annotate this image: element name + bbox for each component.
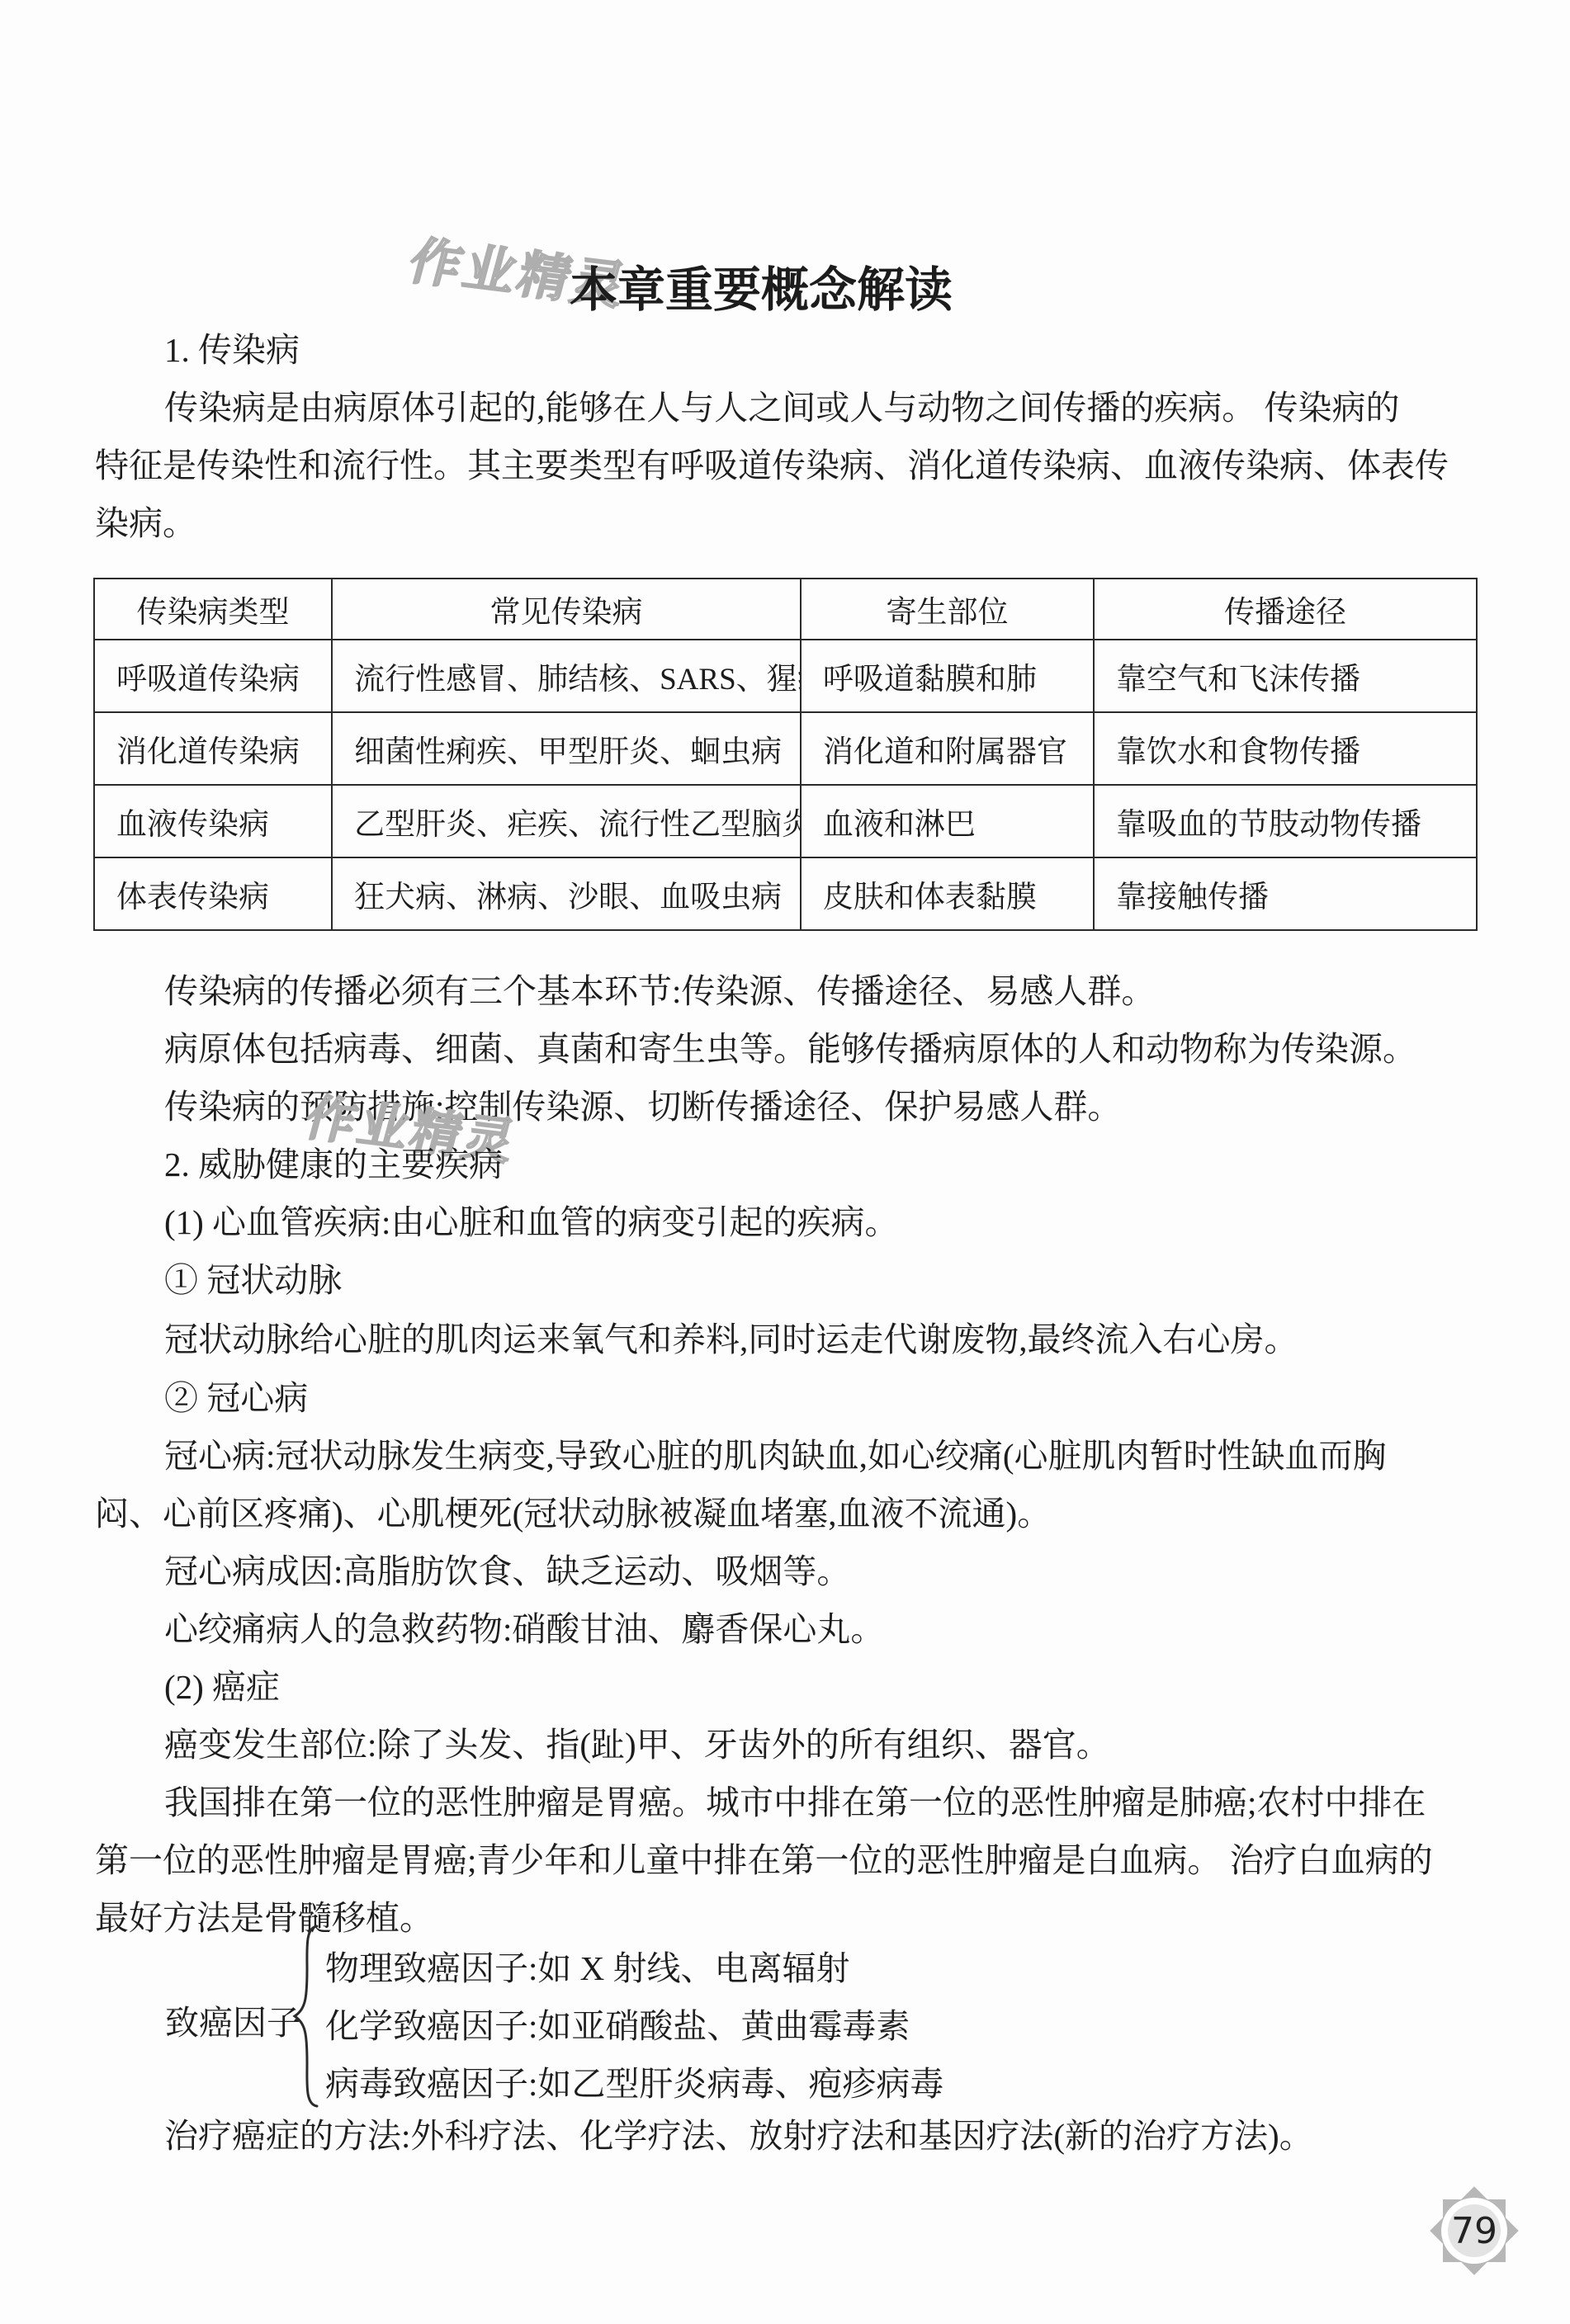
text-line: ① 冠状动脉 <box>95 1259 1559 1301</box>
table-cell: 血液传染病 <box>94 785 332 857</box>
table-cell: 流行性感冒、肺结核、SARS、猩红热 <box>332 640 801 712</box>
table-header-cell: 常见传染病 <box>332 579 801 640</box>
text-line: 心绞痛病人的急救药物:硝酸甘油、麝香保心丸。 <box>95 1608 1559 1651</box>
carcinogen-item: 物理致癌因子:如 X 射线、电离辐射 <box>325 1941 850 1990</box>
table-cell: 消化道和附属器官 <box>801 712 1094 785</box>
text-line: 癌变发生部位:除了头发、指(趾)甲、牙齿外的所有组织、器官。 <box>95 1723 1559 1766</box>
table-cell: 乙型肝炎、疟疾、流行性乙型脑炎 <box>332 785 801 857</box>
text-line: 冠心病成因:高脂肪饮食、缺乏运动、吸烟等。 <box>95 1550 1559 1593</box>
table-header-cell: 寄生部位 <box>801 579 1094 640</box>
text-line: 第一位的恶性肿瘤是胃癌;青少年和儿童中排在第一位的恶性肿瘤是白血病。 治疗白血病… <box>95 1839 1490 1882</box>
table-cell: 体表传染病 <box>94 857 332 930</box>
table-row: 体表传染病 狂犬病、淋病、沙眼、血吸虫病 皮肤和体表黏膜 靠接触传播 <box>94 857 1477 930</box>
table-cell: 皮肤和体表黏膜 <box>801 857 1094 930</box>
disease-table: 传染病类型 常见传染病 寄生部位 传播途径 呼吸道传染病 流行性感冒、肺结核、S… <box>93 578 1478 931</box>
text-line: 2. 威胁健康的主要疾病 <box>95 1143 1559 1186</box>
text-line: 传染病的传播必须有三个基本环节:传染源、传播途径、易感人群。 <box>95 970 1559 1013</box>
carcinogen-label: 致癌因子 <box>165 1996 300 2044</box>
text-line: 冠状动脉给心脏的肌肉运来氧气和养料,同时运走代谢废物,最终流入右心房。 <box>95 1318 1559 1361</box>
page-number: 79 <box>1430 2187 1518 2274</box>
page-number-badge: 79 <box>1430 2187 1518 2274</box>
text-line: 传染病的预防措施:控制传染源、切断传播途径、保护易感人群。 <box>95 1085 1559 1128</box>
table-cell: 靠接触传播 <box>1094 857 1477 930</box>
text-line: 冠心病:冠状动脉发生病变,导致心脏的肌肉缺血,如心绞痛(心脏肌肉暂时性缺血而胸 <box>95 1434 1559 1477</box>
text-line: ② 冠心病 <box>95 1377 1559 1419</box>
document-page: 作业精灵 本章重要概念解读 1. 传染病 传染病是由病原体引起的,能够在人与人之… <box>0 0 1570 2324</box>
text-line: (1) 心血管疾病:由心脏和血管的病变引起的疾病。 <box>95 1201 1559 1244</box>
table-cell: 细菌性痢疾、甲型肝炎、蛔虫病 <box>332 712 801 785</box>
table-row: 呼吸道传染病 流行性感冒、肺结核、SARS、猩红热 呼吸道黏膜和肺 靠空气和飞沫… <box>94 640 1477 712</box>
text-line: 染病。 <box>95 502 1490 545</box>
carcinogen-item: 病毒致癌因子:如乙型肝炎病毒、疱疹病毒 <box>325 2057 943 2105</box>
brace-icon <box>287 1923 322 2114</box>
text-line: 我国排在第一位的恶性肿瘤是胃癌。城市中排在第一位的恶性肿瘤是肺癌;农村中排在 <box>95 1781 1559 1824</box>
text-line: 特征是传染性和流行性。其主要类型有呼吸道传染病、消化道传染病、血液传染病、体表传 <box>95 444 1490 487</box>
table-header-cell: 传播途径 <box>1094 579 1477 640</box>
text-line: 病原体包括病毒、细菌、真菌和寄生虫等。能够传播病原体的人和动物称为传染源。 <box>95 1027 1559 1070</box>
table-cell: 靠饮水和食物传播 <box>1094 712 1477 785</box>
text-line: 闷、心前区疼痛)、心肌梗死(冠状动脉被凝血堵塞,血液不流通)。 <box>95 1492 1490 1535</box>
text-line: 传染病是由病原体引起的,能够在人与人之间或人与动物之间传播的疾病。 传染病的 <box>95 386 1559 429</box>
carcinogen-item: 化学致癌因子:如亚硝酸盐、黄曲霉毒素 <box>325 1999 910 2048</box>
table-cell: 消化道传染病 <box>94 712 332 785</box>
text-line: (2) 癌症 <box>95 1665 1559 1708</box>
text-line: 治疗癌症的方法:外科疗法、化学疗法、放射疗法和基因疗法(新的治疗方法)。 <box>95 2114 1559 2157</box>
table-cell: 靠吸血的节肢动物传播 <box>1094 785 1477 857</box>
table-row: 消化道传染病 细菌性痢疾、甲型肝炎、蛔虫病 消化道和附属器官 靠饮水和食物传播 <box>94 712 1477 785</box>
text-line: 1. 传染病 <box>95 328 1559 371</box>
table-row: 血液传染病 乙型肝炎、疟疾、流行性乙型脑炎 血液和淋巴 靠吸血的节肢动物传播 <box>94 785 1477 857</box>
page-title: 本章重要概念解读 <box>570 253 953 328</box>
table-header-cell: 传染病类型 <box>94 579 332 640</box>
table-cell: 呼吸道黏膜和肺 <box>801 640 1094 712</box>
table-header-row: 传染病类型 常见传染病 寄生部位 传播途径 <box>94 579 1477 640</box>
table-cell: 呼吸道传染病 <box>94 640 332 712</box>
table-cell: 血液和淋巴 <box>801 785 1094 857</box>
table-cell: 狂犬病、淋病、沙眼、血吸虫病 <box>332 857 801 930</box>
table-cell: 靠空气和飞沫传播 <box>1094 640 1477 712</box>
